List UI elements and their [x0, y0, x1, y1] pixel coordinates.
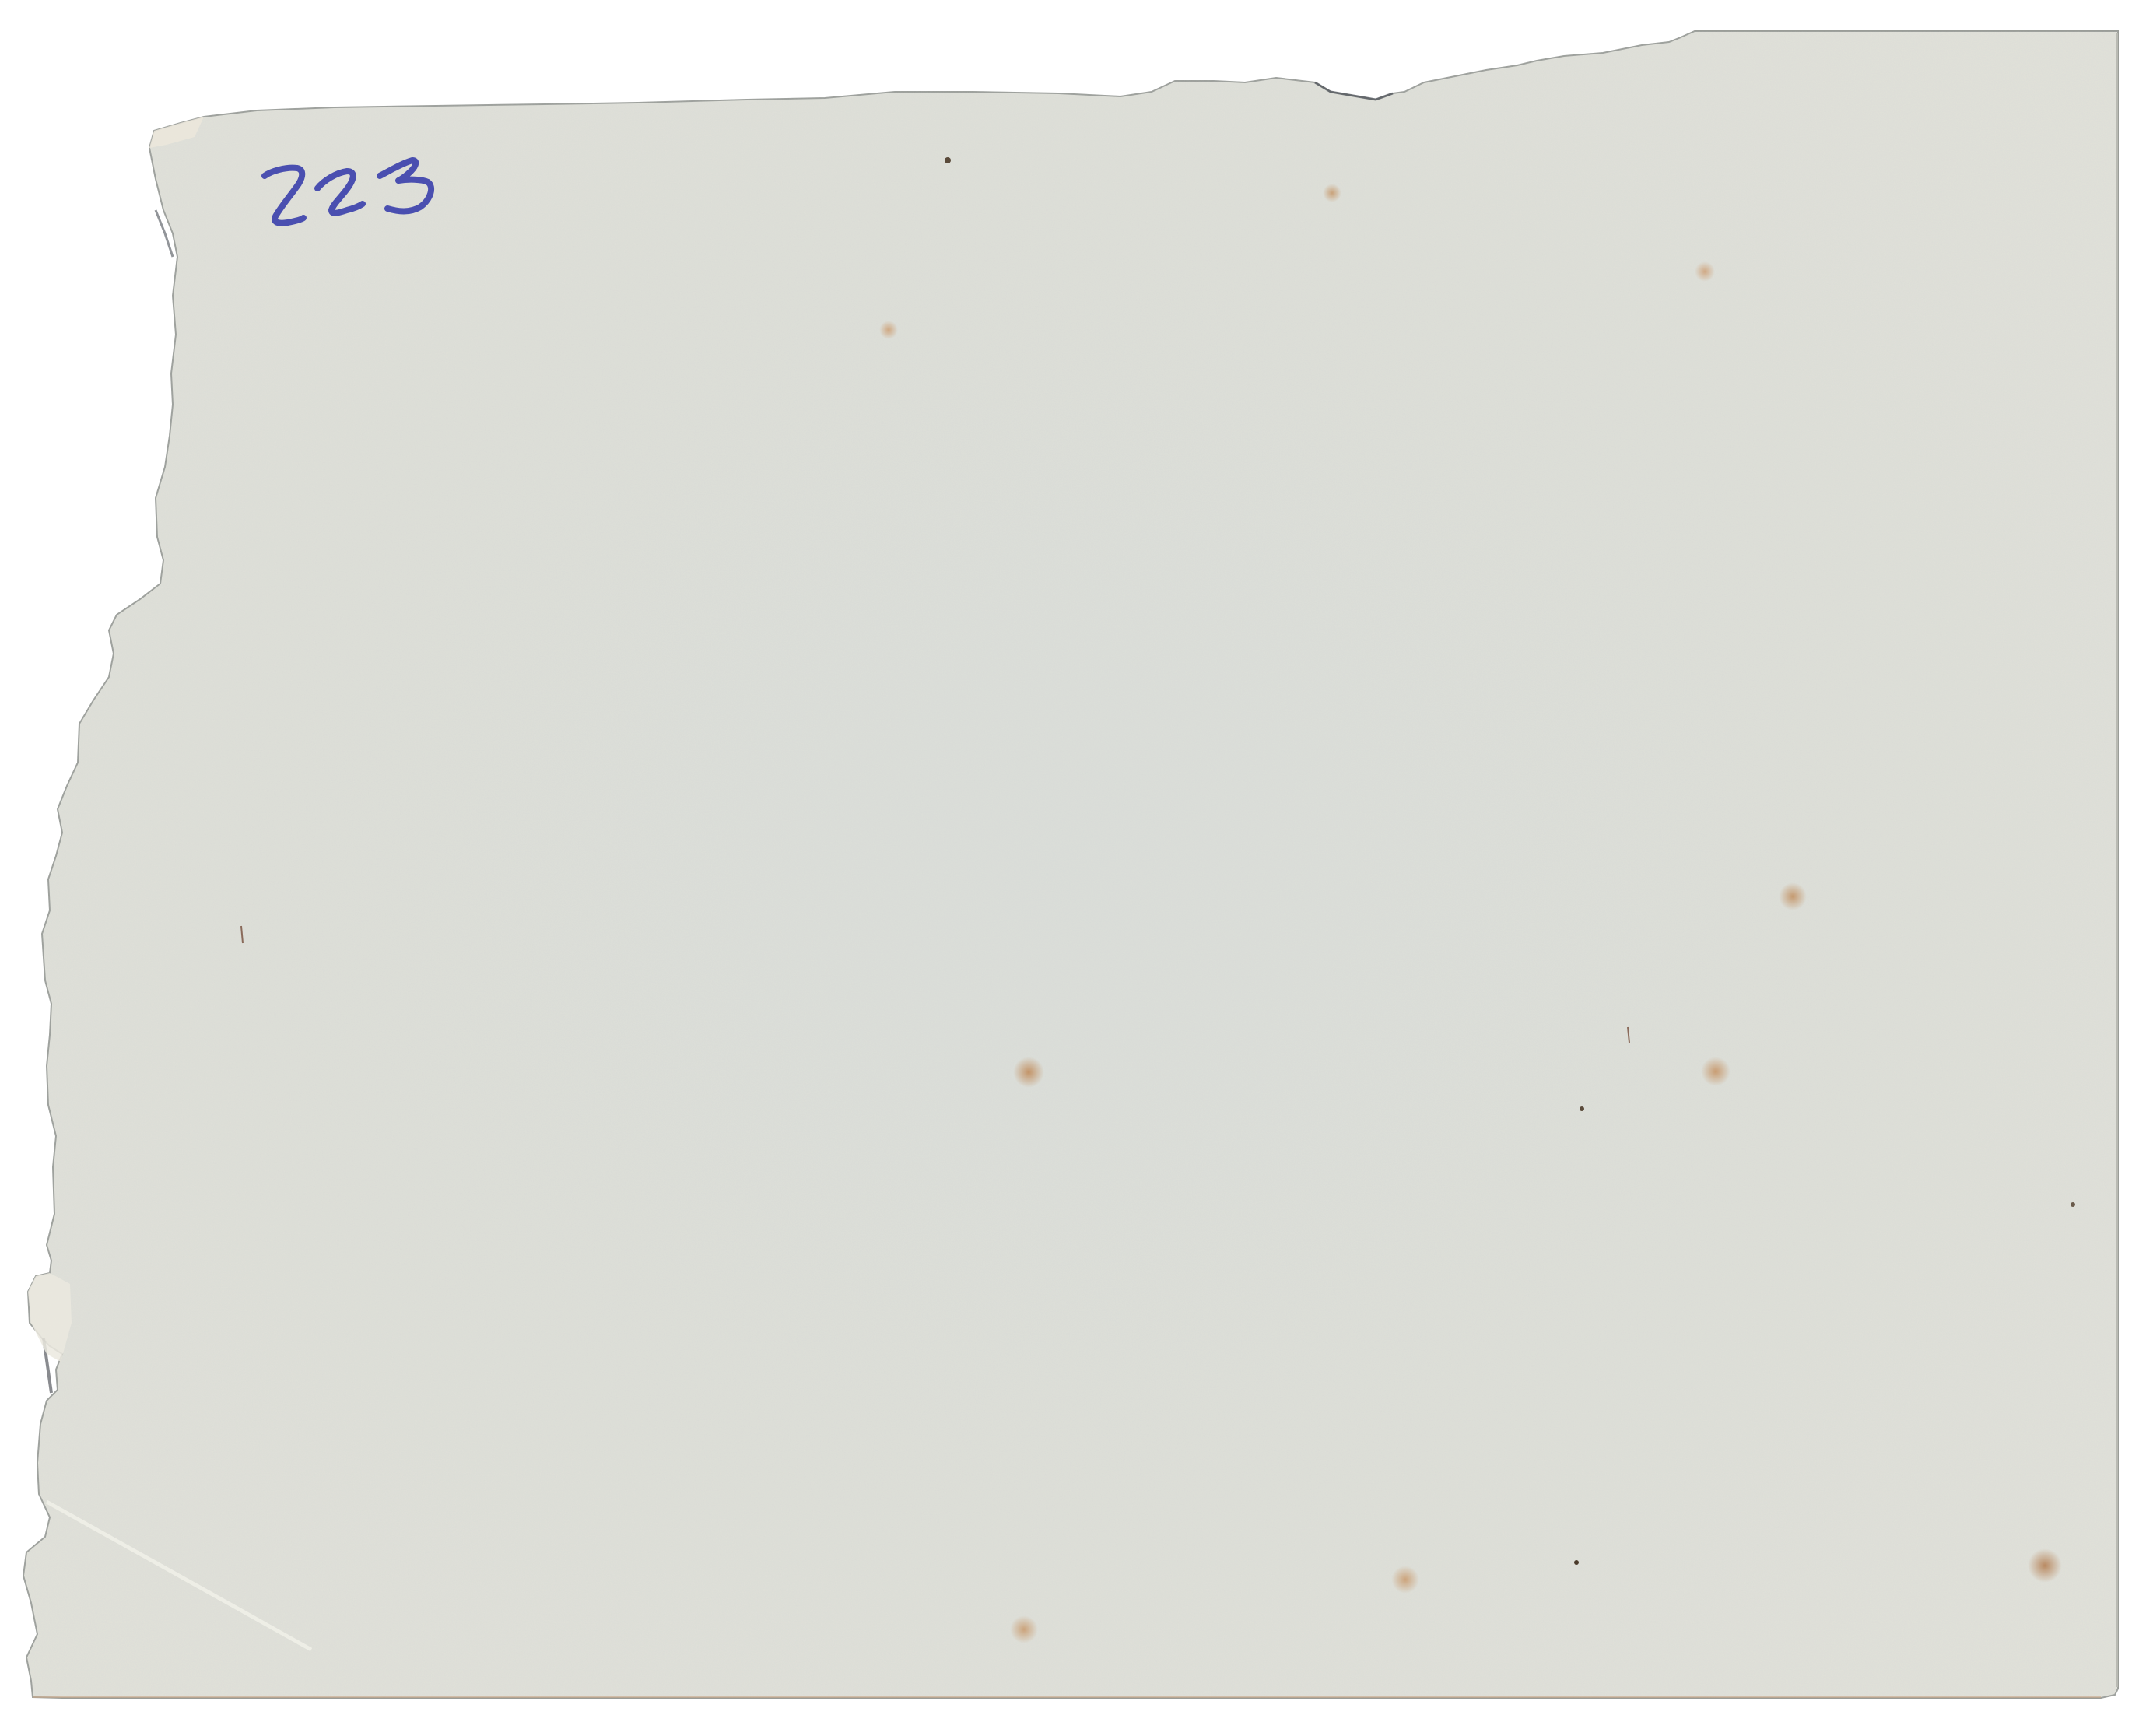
handwritten-page-number	[255, 153, 450, 238]
paper-sheet: 223	[0, 0, 2146, 1736]
foxing-spot	[1779, 882, 1807, 910]
foxing-spot	[1010, 1615, 1038, 1643]
foxing-spot	[1695, 261, 1715, 282]
foxing-spot	[1391, 1566, 1419, 1594]
foxing-spot	[879, 321, 898, 339]
foxing-spot	[1323, 184, 1341, 202]
scan-background: 223	[0, 0, 2146, 1736]
foxing-spot	[2028, 1548, 2062, 1583]
foxing-spot	[1701, 1057, 1730, 1086]
foxing-spot	[1013, 1057, 1044, 1088]
torn-paper-shape	[0, 0, 2146, 1736]
